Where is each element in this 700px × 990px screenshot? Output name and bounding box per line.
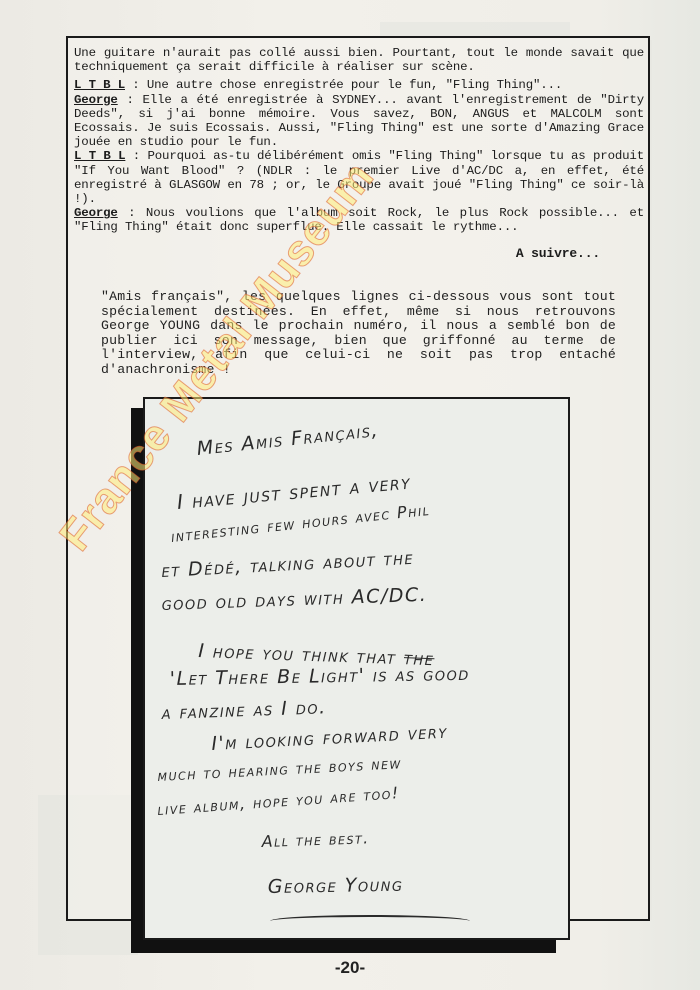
speaker-label: George [74, 206, 118, 220]
interview-text: Une guitare n'aurait pas collé aussi bie… [74, 46, 644, 273]
interview-paragraph: L T B L : Pourquoi as-tu délibérément om… [74, 149, 644, 206]
signature-underline [270, 915, 470, 927]
interview-paragraph: George : Nous voulions que l'album soit … [74, 206, 644, 234]
paragraph-text: : Elle a été enregistrée à SYDNEY... ava… [74, 93, 644, 150]
note-line: All the best. [261, 828, 370, 851]
signature: George Young [268, 874, 404, 898]
speaker-label: L T B L [74, 78, 125, 92]
intro-paragraph: "Amis français", les quelques lignes ci-… [101, 290, 616, 378]
page-number: -20- [0, 958, 700, 978]
paragraph-text: : Pourquoi as-tu délibérément omis "Flin… [74, 149, 644, 206]
paragraph-text: Une guitare n'aurait pas collé aussi bie… [74, 46, 644, 74]
interview-paragraph: Une guitare n'aurait pas collé aussi bie… [74, 46, 644, 74]
to-be-continued: A suivre... [74, 247, 600, 261]
interview-paragraph: George : Elle a été enregistrée à SYDNEY… [74, 93, 644, 150]
speaker-label: L T B L [74, 149, 125, 163]
paragraph-text: : Nous voulions que l'album soit Rock, l… [74, 206, 644, 234]
paragraph-text: : Une autre chose enregistrée pour le fu… [125, 78, 562, 92]
interview-paragraph: L T B L : Une autre chose enregistrée po… [74, 78, 644, 92]
speaker-label: George [74, 93, 118, 107]
